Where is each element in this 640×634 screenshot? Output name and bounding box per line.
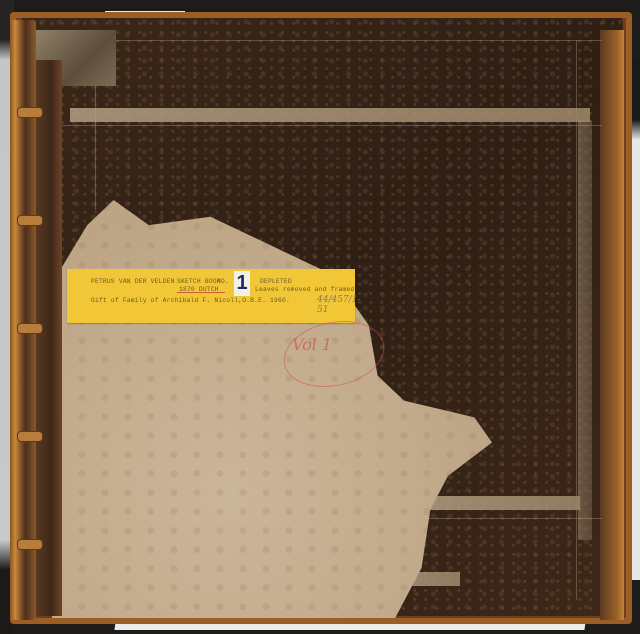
cover-edge-right [600,30,624,620]
artist-name: PETRUS VAN DER VELDEN [91,278,175,285]
worn-stripe-right [578,120,592,540]
status-text: DEPLETED [260,278,292,285]
number-prefix: NO. [217,278,229,285]
accession-number: 44/457/1-51 [317,295,360,315]
spine-band [18,540,42,549]
tooled-line [62,40,602,41]
book-type: SKETCH BOOK [177,278,221,285]
volume-number: 1 [234,271,250,296]
red-pencil-text: Vol 1 [292,335,332,354]
provenance-note: Gift of Family of Archibald F. Nicoll,O.… [91,297,290,304]
catalog-label: PETRUS VAN DER VELDEN SKETCH BOOK NO. 1 … [67,269,355,323]
spine-band [18,432,42,441]
tooled-line [576,40,577,600]
spine-band [18,324,42,333]
spine-band [18,216,42,225]
tooled-line [62,125,602,126]
red-underline [177,292,225,293]
abrasion-strip [420,496,580,510]
spine-band [18,108,42,117]
abrasion-strip [70,108,590,122]
removal-note: Leaves removed and framed [255,286,354,293]
spine [10,20,36,620]
spine-hinge [34,60,62,616]
